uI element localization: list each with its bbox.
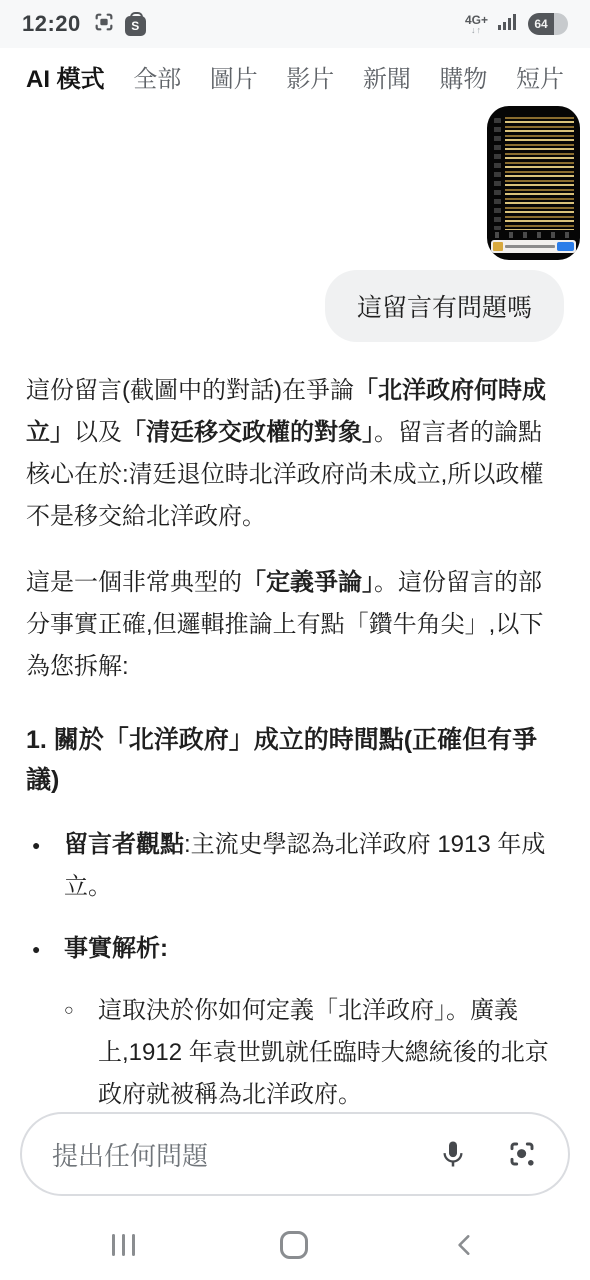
shopping-bag-icon: S <box>125 16 146 36</box>
uploaded-screenshot-thumbnail[interactable] <box>487 106 580 260</box>
tab-news[interactable]: 新聞 <box>363 59 411 94</box>
response-heading-1: 1. 關於「北洋政府」成立的時間點(正確但有爭議) <box>26 720 564 800</box>
thumbnail-comment-rows <box>505 117 574 230</box>
response-bullet-list: 留言者觀點:主流史學認為北洋政府 1913 年成立。 事實解析: 這取決於你如何… <box>26 824 564 1106</box>
battery-indicator: 64 <box>528 13 568 35</box>
screen: 12:20 S 4G+ ↓↑ <box>0 0 590 1280</box>
status-bar: 12:20 S 4G+ ↓↑ <box>0 0 590 48</box>
lens-camera-icon[interactable] <box>506 1138 538 1170</box>
network-type: 4G+ ↓↑ <box>465 14 488 35</box>
search-tab-bar: AI 模式 全部 圖片 影片 新聞 購物 短片 <box>0 48 590 104</box>
response-paragraph-2: 這是一個非常典型的「定義爭論」。這份留言的部分事實正確,但邏輯推論上有點「鑽牛角… <box>26 562 564 688</box>
screenshot-icon <box>93 11 115 38</box>
tab-shorts[interactable]: 短片 <box>516 59 564 94</box>
clock: 12:20 <box>22 11 81 37</box>
chat-content: 這留言有問題嗎 這份留言(截圖中的對話)在爭論「北洋政府何時成立」以及「清廷移交… <box>0 104 590 1106</box>
android-nav-bar <box>0 1210 590 1280</box>
tab-videos[interactable]: 影片 <box>286 59 334 94</box>
thumbnail-emoji-chip <box>493 242 503 251</box>
response-paragraph-1: 這份留言(截圖中的對話)在爭論「北洋政府何時成立」以及「清廷移交政權的對象」。留… <box>26 370 564 538</box>
tab-ai-mode[interactable]: AI 模式 <box>26 59 105 94</box>
signal-icon <box>496 12 520 37</box>
ask-input-placeholder: 提出任何問題 <box>52 1136 438 1173</box>
tab-all[interactable]: 全部 <box>133 59 181 94</box>
microphone-icon[interactable] <box>438 1139 468 1169</box>
thumbnail-nav-row <box>495 232 572 238</box>
back-icon[interactable] <box>452 1232 478 1258</box>
ask-input-container: 提出任何問題 <box>0 1106 590 1210</box>
sub-bullet-definition: 這取決於你如何定義「北洋政府」。廣義上,1912 年袁世凱就任臨時大總統後的北京… <box>64 990 564 1106</box>
thumbnail-input-strip <box>491 240 576 253</box>
bullet-commenter-view: 留言者觀點:主流史學認為北洋政府 1913 年成立。 <box>26 824 564 908</box>
response-sub-bullet-list: 這取決於你如何定義「北洋政府」。廣義上,1912 年袁世凱就任臨時大總統後的北京… <box>64 990 564 1106</box>
thumbnail-text-line <box>505 245 555 248</box>
recents-icon[interactable] <box>112 1234 135 1256</box>
thumbnail-avatar-column <box>494 118 501 230</box>
home-icon[interactable] <box>280 1231 308 1259</box>
user-message-bubble: 這留言有問題嗎 <box>325 270 564 342</box>
ask-input[interactable]: 提出任何問題 <box>20 1112 570 1196</box>
thumbnail-send-button <box>557 242 574 251</box>
tab-shopping[interactable]: 購物 <box>439 59 487 94</box>
tab-images[interactable]: 圖片 <box>210 59 258 94</box>
bullet-fact-analysis: 事實解析: 這取決於你如何定義「北洋政府」。廣義上,1912 年袁世凱就任臨時大… <box>26 928 564 1106</box>
